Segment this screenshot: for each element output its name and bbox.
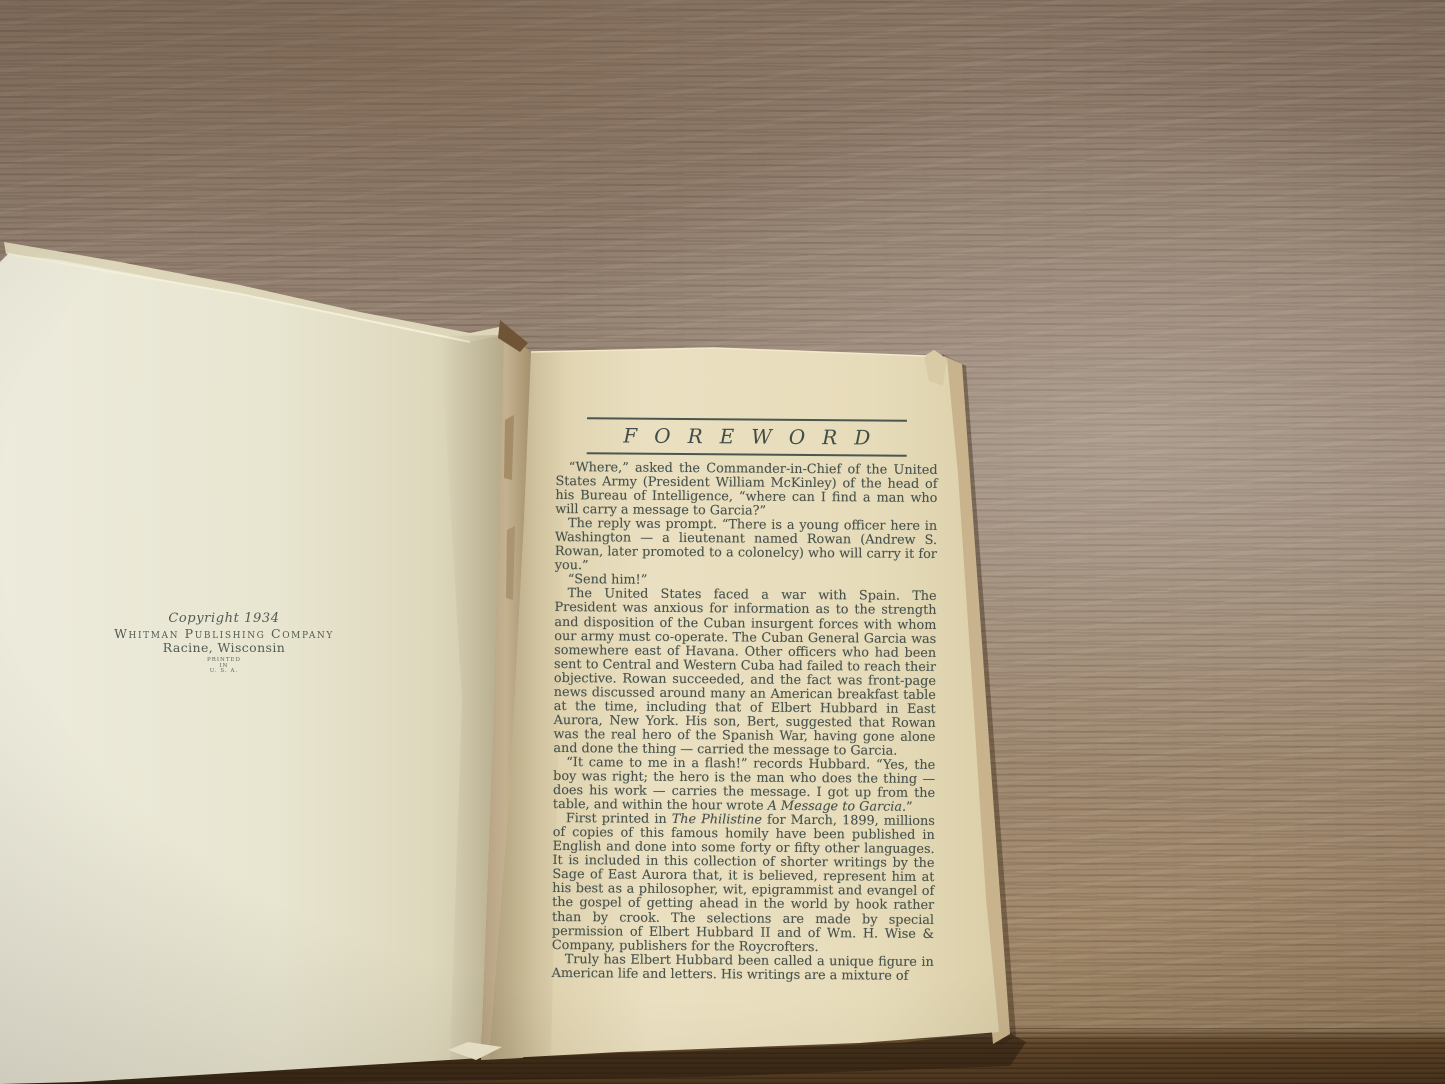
paragraph: “Where,” asked the Commander-in-Chief of… [555, 461, 937, 520]
publisher-location: Racine, Wisconsin [100, 641, 348, 655]
foreword-paragraphs: “Where,” asked the Commander-in-Chief of… [552, 461, 938, 984]
foreword-heading: FOREWORD [556, 419, 938, 455]
paragraph: “It came to me in a flash!” records Hubb… [553, 756, 935, 815]
copyright-block: Copyright 1934 Whitman Publishing Compan… [100, 611, 348, 675]
photo-open-book-on-table: Copyright 1934 Whitman Publishing Compan… [0, 0, 1445, 1084]
printers-mark: PRINTED IN U. S. A. [100, 658, 348, 675]
paragraph: The reply was prompt. “There is a young … [555, 517, 937, 576]
copyright-year: Copyright 1934 [100, 611, 348, 626]
printers-mark-line: U. S. A. [100, 669, 348, 675]
paragraph: Truly has Elbert Hubbard been called a u… [552, 953, 934, 984]
paragraph: First printed in The Philistine for Marc… [552, 812, 935, 955]
foreword-page-content: FOREWORD “Where,” asked the Commander-in… [552, 417, 938, 984]
publisher-name: Whitman Publishing Company [100, 626, 348, 641]
paragraph: The United States faced a war with Spain… [553, 587, 936, 759]
